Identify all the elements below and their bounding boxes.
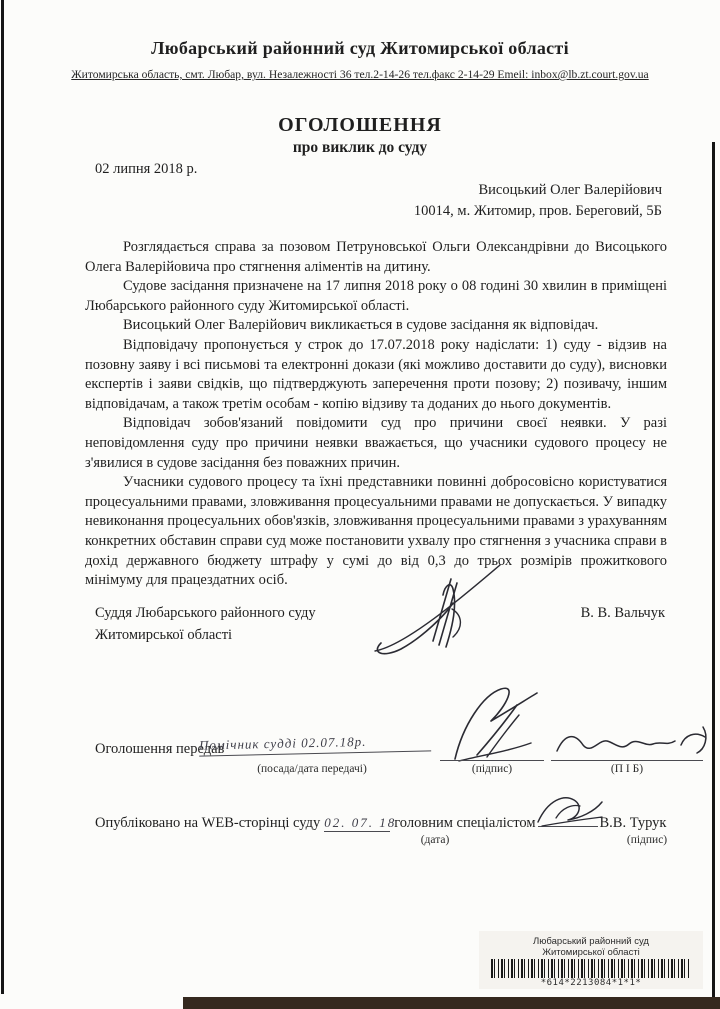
handwritten-position-date: Помічник судді 02.07.18р.	[199, 732, 431, 756]
signature-underline	[440, 760, 544, 761]
transfer-signature-icon	[443, 685, 543, 763]
judge-signature-icon	[367, 563, 502, 663]
publish-block: Опубліковано на WEB-сторінці суду 02. 07…	[95, 802, 717, 852]
publish-signature-icon	[532, 792, 606, 830]
sticker-court-line1: Любарський районний суд	[479, 931, 703, 947]
handwritten-publish-date: 02. 07. 18	[324, 815, 390, 832]
court-address-line: Житомирська область, смт. Любар, вул. Не…	[0, 68, 720, 81]
addressee-address: 10014, м. Житомир, пров. Береговий, 5Б	[414, 201, 662, 222]
judge-title-line2: Житомирської області	[95, 627, 232, 644]
judge-name: В. В. Вальчук	[581, 605, 665, 622]
barcode-sticker: Любарський районний суд Житомирської обл…	[479, 931, 703, 989]
document-date: 02 липня 2018 р.	[95, 161, 197, 178]
document-subtitle: про виклик до суду	[0, 139, 720, 157]
sticker-court-line2: Житомирської області	[479, 947, 703, 958]
body-text: Розглядається справа за позовом Петрунов…	[85, 238, 667, 591]
name-underline	[551, 760, 703, 761]
body-paragraph: Висоцький Олег Валерійович викликається …	[85, 316, 667, 336]
caption-name: (П І Б)	[577, 763, 677, 775]
addressee-block: Висоцький Олег Валерійович 10014, м. Жит…	[414, 180, 662, 222]
publish-line: Опубліковано на WEB-сторінці суду 02. 07…	[95, 812, 717, 832]
barcode-icon	[491, 959, 691, 978]
publish-signature-blank	[538, 812, 598, 827]
scan-edge-right	[712, 142, 715, 1009]
body-paragraph: Відповідач зобов'язаний повідомити суд п…	[85, 414, 667, 473]
body-paragraph: Розглядається справа за позовом Петрунов…	[85, 238, 667, 277]
publish-middle: головним спеціалістом	[394, 815, 535, 832]
caption-publish-signature: (підпис)	[607, 834, 687, 846]
caption-signature: (підпис)	[447, 763, 537, 775]
barcode-number: *614*2213084*1*1*	[479, 978, 703, 988]
scan-edge-bottom	[183, 997, 720, 1009]
judge-title-line1: Суддя Любарського районного суду	[95, 605, 316, 622]
document-title: ОГОЛОШЕННЯ	[0, 114, 720, 137]
caption-position-date: (посада/дата передачі)	[207, 763, 417, 775]
court-name: Любарський районний суд Житомирської обл…	[0, 38, 720, 59]
publisher-name: В.В. Турук	[600, 815, 667, 832]
judge-block: Суддя Любарського районного суду Житомир…	[95, 595, 665, 665]
addressee-name: Висоцький Олег Валерійович	[414, 180, 662, 201]
transfer-block: Оголошення передав Помічник судді 02.07.…	[95, 697, 710, 785]
body-paragraph: Відповідачу пропонується у строк до 17.0…	[85, 336, 667, 414]
body-paragraph: Судове засідання призначене на 17 липня …	[85, 277, 667, 316]
name-handwriting-icon	[553, 719, 713, 761]
publish-prefix: Опубліковано на WEB-сторінці суду	[95, 815, 320, 832]
caption-date: (дата)	[400, 834, 470, 846]
